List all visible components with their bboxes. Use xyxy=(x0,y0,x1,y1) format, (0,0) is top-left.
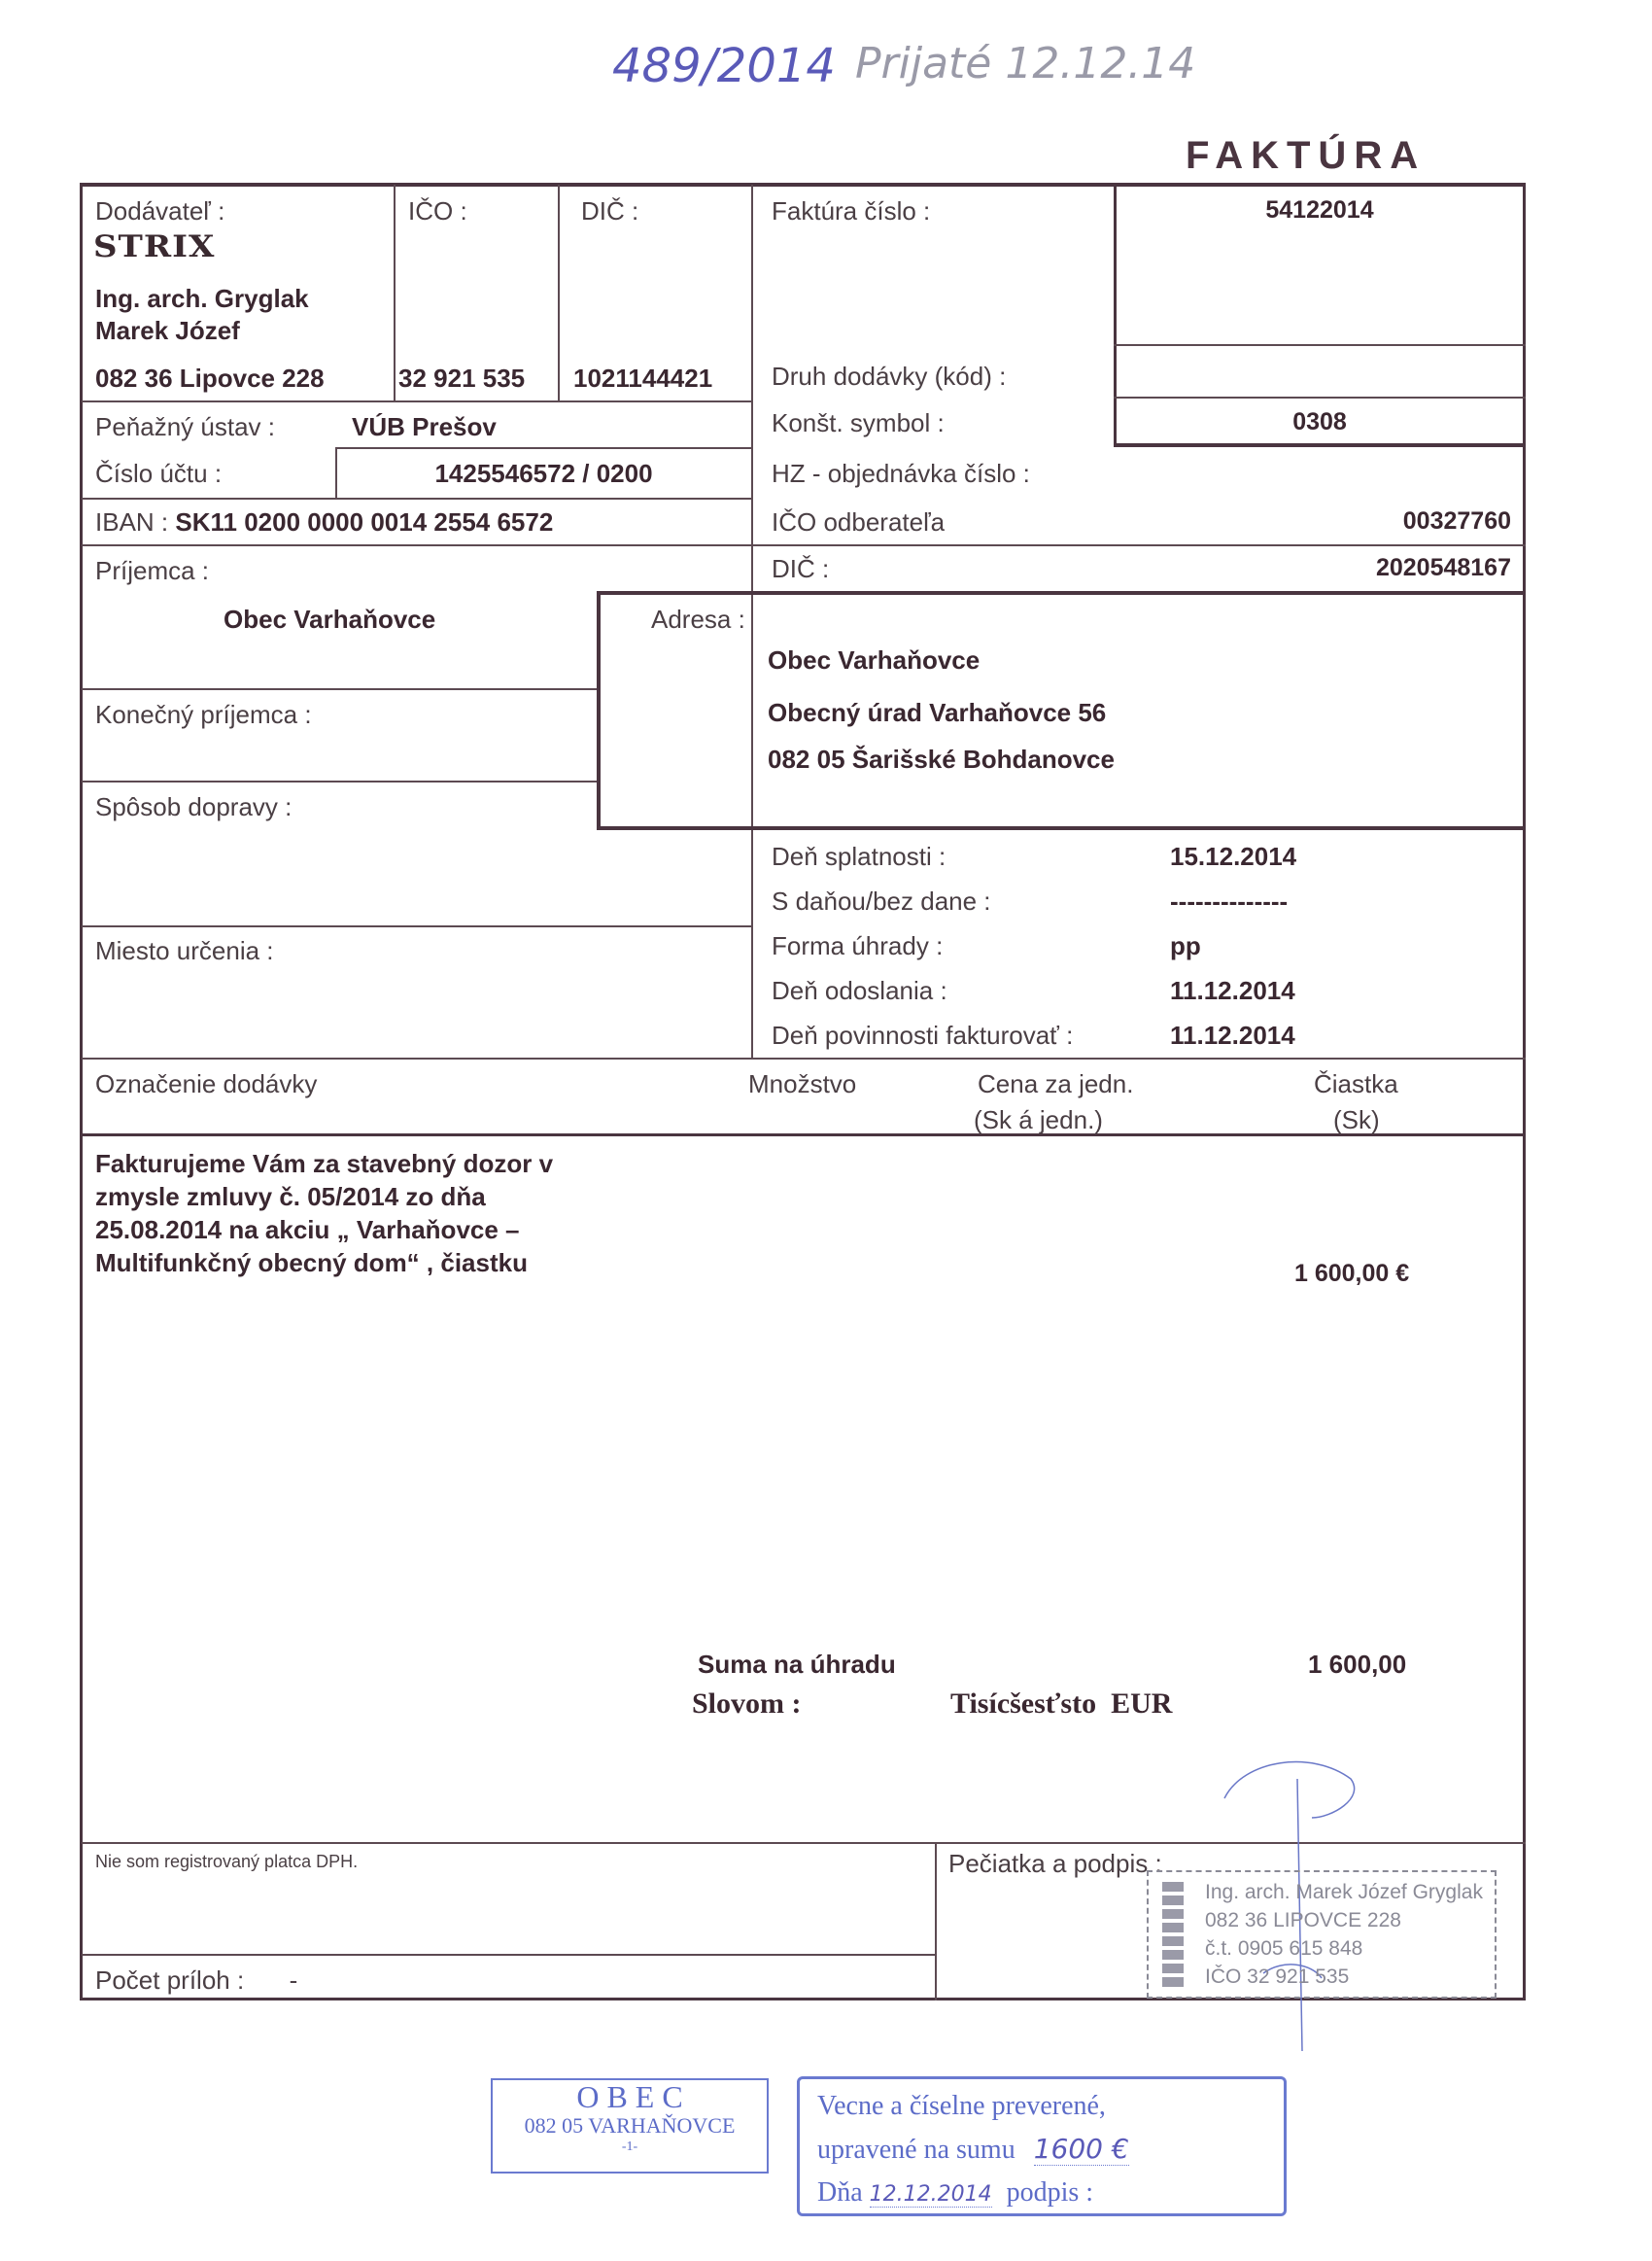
const-symbol-label: Konšt. symbol : xyxy=(772,408,945,438)
date-row: Deň povinnosti fakturovať : 11.12.2014 xyxy=(772,1021,1073,1065)
item-description-line: Fakturujeme Vám za stavebný dozor v xyxy=(95,1147,553,1180)
supplier-stamp-line: IČO 32 921 535 xyxy=(1205,1963,1483,1991)
delivery-type-label: Druh dodávky (kód) : xyxy=(772,362,1006,392)
transport-label: Spôsob dopravy : xyxy=(95,792,292,822)
municipality-stamp-line1: O B E C xyxy=(493,2080,767,2113)
date-row: Deň splatnosti : 15.12.2014 xyxy=(772,842,1073,887)
supplier-name-line1: Ing. arch. Gryglak xyxy=(95,284,309,314)
supplier-name-line2: Marek Józef xyxy=(95,316,240,346)
recipient-name: Obec Varhaňovce xyxy=(224,605,435,635)
due-date: 15.12.2014 xyxy=(1170,842,1296,872)
customer-dic: 2020548167 xyxy=(1376,554,1511,582)
iban-label: IBAN : xyxy=(95,507,168,537)
customer-dic-label: DIČ : xyxy=(772,554,829,584)
verification-line3: Dňa 12.12.2014 podpis : xyxy=(817,2172,1266,2216)
supplier-ico: 32 921 535 xyxy=(398,364,525,394)
order-number-label: HZ - objednávka číslo : xyxy=(772,459,1030,489)
verification-stamp: Vecne a číselne preverené, upravené na s… xyxy=(797,2076,1287,2216)
sum-label: Suma na úhradu xyxy=(698,1650,896,1680)
handwritten-received-note: Prijaté 12.12.14 xyxy=(855,39,1195,88)
verification-date-value: 12.12.2014 xyxy=(870,2182,992,2208)
municipality-stamp: O B E C 082 05 VARHAŇOVCE -1- xyxy=(491,2078,769,2174)
verification-line1: Vecne a číselne preverené, xyxy=(817,2085,1266,2128)
attachments-value: - xyxy=(290,1965,298,1995)
supplier-stamp-line: 082 36 LIPOVCE 228 xyxy=(1205,1906,1483,1934)
words-label: Slovom : xyxy=(692,1687,802,1721)
invoice-number-label: Faktúra číslo : xyxy=(772,196,930,226)
payment-form-label: Forma úhrady : xyxy=(772,931,943,960)
iban-row: IBAN : SK11 0200 0000 0014 2554 6572 xyxy=(95,507,553,538)
municipality-stamp-line2: 082 05 VARHAŇOVCE xyxy=(493,2113,767,2139)
item-amount: 1 600,00 € xyxy=(1294,1260,1409,1288)
destination-label: Miesto určenia : xyxy=(95,936,274,966)
dispatch-date: 11.12.2014 xyxy=(1170,976,1295,1006)
address-label: Adresa : xyxy=(651,605,745,635)
address-line1: Obec Varhaňovce xyxy=(768,645,980,676)
date-row: Forma úhrady : pp xyxy=(772,931,1073,976)
date-row: S daňou/bez dane : -------------- xyxy=(772,887,1073,931)
verification-sum-value: 1600 € xyxy=(1034,2133,1129,2166)
customer-ico-label: IČO odberateľa xyxy=(772,507,945,538)
vat-note: Nie som registrovaný platca DPH. xyxy=(95,1852,358,1872)
col-description: Označenie dodávky xyxy=(95,1069,317,1099)
document-title: FAKTÚRA xyxy=(1186,134,1426,178)
supplier-dic: 1021144421 xyxy=(573,364,712,394)
iban-value: SK11 0200 0000 0014 2554 6572 xyxy=(175,507,553,537)
date-row: Deň odoslania : 11.12.2014 xyxy=(772,976,1073,1021)
stamp-logo-icon xyxy=(1162,1882,1184,1991)
address-line3: 082 05 Šarišské Bohdanovce xyxy=(768,745,1115,775)
supplier-dic-label: DIČ : xyxy=(581,196,638,226)
col-unit-price-sub: (Sk á jedn.) xyxy=(974,1105,1103,1135)
payment-form: pp xyxy=(1170,931,1201,961)
bank-name: VÚB Prešov xyxy=(352,412,497,442)
col-amount-sub: (Sk) xyxy=(1333,1105,1380,1135)
tax-label: S daňou/bez dane : xyxy=(772,887,991,916)
municipality-stamp-line3: -1- xyxy=(493,2139,767,2156)
invoicing-date: 11.12.2014 xyxy=(1170,1021,1295,1051)
invoicing-date-label: Deň povinnosti fakturovať : xyxy=(772,1021,1073,1050)
supplier-stamp-line: č.t. 0905 615 848 xyxy=(1205,1934,1483,1963)
supplier-ico-label: IČO : xyxy=(408,196,467,226)
item-description-line: Multifunkčný obecný dom“ , čiastku xyxy=(95,1246,553,1279)
recipient-label: Príjemca : xyxy=(95,556,209,586)
supplier-logo: STRIX xyxy=(93,229,215,264)
account-label: Číslo účtu : xyxy=(95,459,222,489)
item-description-line: zmysle zmluvy č. 05/2014 zo dňa xyxy=(95,1180,553,1213)
col-amount: Čiastka xyxy=(1314,1069,1398,1099)
dispatch-date-label: Deň odoslania : xyxy=(772,976,947,1005)
supplier-address: 082 36 Lipovce 228 xyxy=(95,364,325,394)
supplier-stamp-line: Ing. arch. Marek Józef Gryglak xyxy=(1205,1878,1483,1906)
item-description-line: 25.08.2014 na akciu „ Varhaňovce – xyxy=(95,1213,553,1246)
col-quantity: Množstvo xyxy=(748,1069,856,1099)
verification-sign-label: podpis : xyxy=(1007,2177,1093,2208)
due-date-label: Deň splatnosti : xyxy=(772,842,946,871)
verification-date-label: Dňa xyxy=(817,2177,863,2208)
final-recipient-label: Konečný príjemca : xyxy=(95,700,312,730)
attachments-label: Počet príloh : xyxy=(95,1965,244,1995)
supplier-stamp: Ing. arch. Marek Józef Gryglak 082 36 LI… xyxy=(1147,1870,1497,1999)
dates-list: Deň splatnosti : 15.12.2014 S daňou/bez … xyxy=(772,842,1073,1065)
tax-value: -------------- xyxy=(1170,887,1288,917)
bank-label: Peňažný ústav : xyxy=(95,412,275,442)
stamp-signature-label: Pečiatka a podpis : xyxy=(948,1849,1162,1879)
supplier-label: Dodávateľ : xyxy=(95,196,224,226)
account-number: 1425546572 / 0200 xyxy=(335,459,752,489)
verification-line2: upravené na sumu 1600 € xyxy=(817,2128,1266,2172)
col-unit-price: Cena za jedn. xyxy=(978,1069,1133,1099)
words-value: Tisícšesťsto EUR xyxy=(950,1687,1172,1721)
sum-value: 1 600,00 xyxy=(1308,1650,1406,1680)
customer-ico: 00327760 xyxy=(1403,507,1511,536)
invoice-number: 54122014 xyxy=(1114,196,1526,225)
verification-sum-label: upravené na sumu xyxy=(817,2135,1015,2165)
attachments-row: Počet príloh : - xyxy=(95,1965,297,1996)
handwritten-registry-number: 489/2014 xyxy=(612,39,836,93)
const-symbol: 0308 xyxy=(1114,408,1526,436)
address-line2: Obecný úrad Varhaňovce 56 xyxy=(768,698,1106,728)
table-row: Fakturujeme Vám za stavebný dozor v zmys… xyxy=(95,1147,553,1279)
